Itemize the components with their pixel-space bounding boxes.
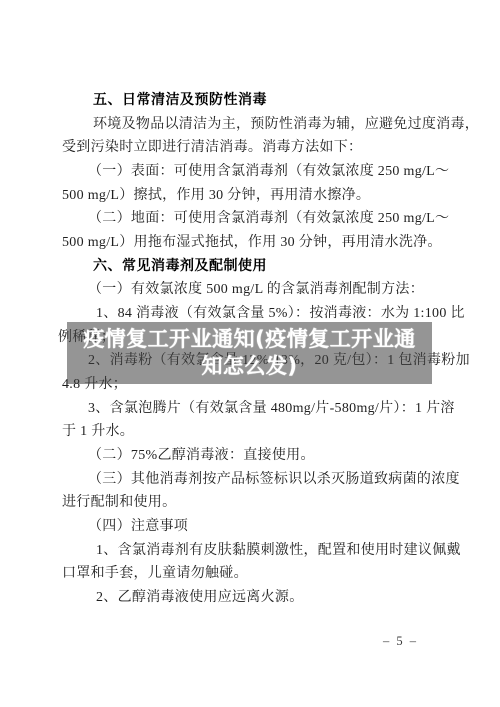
doc-line: （一）有效氯浓度 500 mg/L 的含氯消毒剂配制方法： [62,278,476,302]
doc-line: （四）注意事项 [62,515,476,539]
doc-line: 进行配制和使用。 [62,491,476,515]
doc-line: 1、含氯消毒剂有皮肤黏膜刺激性，配置和使用时建议佩戴 [62,539,476,563]
doc-line: 3、含氯泡腾片（有效氯含量 480mg/片-580mg/片）：1 片溶 [62,397,476,421]
watermark-title-overlay: 疫情复工开业通知(疫情复工开业通 知怎么发) [67,322,432,384]
doc-line: 五、日常清洁及预防性消毒 [62,89,476,113]
doc-line: （一）表面：可使用含氯消毒剂（有效氯浓度 250 mg/L～ [62,160,476,184]
page-number: – 5 – [383,634,418,649]
doc-line: （三）其他消毒剂按产品标签标识以杀灭肠道致病菌的浓度 [62,468,476,492]
doc-line: （二）75%乙醇消毒液：直接使用。 [62,444,476,468]
document-page: 五、日常清洁及预防性消毒环境及物品以清洁为主，预防性消毒为辅，应避免过度消毒，受… [0,0,500,707]
overlay-title-line1: 疫情复工开业通知(疫情复工开业通 [83,326,416,353]
doc-line: 口罩和手套，儿童请勿触碰。 [62,562,476,586]
doc-line: 环境及物品以清洁为主，预防性消毒为辅，应避免过度消毒， [62,113,476,137]
doc-line: 受到污染时立即进行清洁消毒。消毒方法如下： [62,136,476,160]
doc-line: 2、乙醇消毒液使用应远离火源。 [62,586,476,610]
doc-line: 于 1 升水。 [62,420,476,444]
doc-line: 500 mg/L）擦拭，作用 30 分钟，再用清水擦净。 [62,184,476,208]
doc-line: （二）地面：可使用含氯消毒剂（有效氯浓度 250 mg/L～ [62,207,476,231]
overlay-title-line2: 知怎么发) [201,353,297,380]
doc-line: 500 mg/L）用拖布湿式拖拭，作用 30 分钟，再用清水洗净。 [62,231,476,255]
doc-line: 六、常见消毒剂及配制使用 [62,255,476,279]
